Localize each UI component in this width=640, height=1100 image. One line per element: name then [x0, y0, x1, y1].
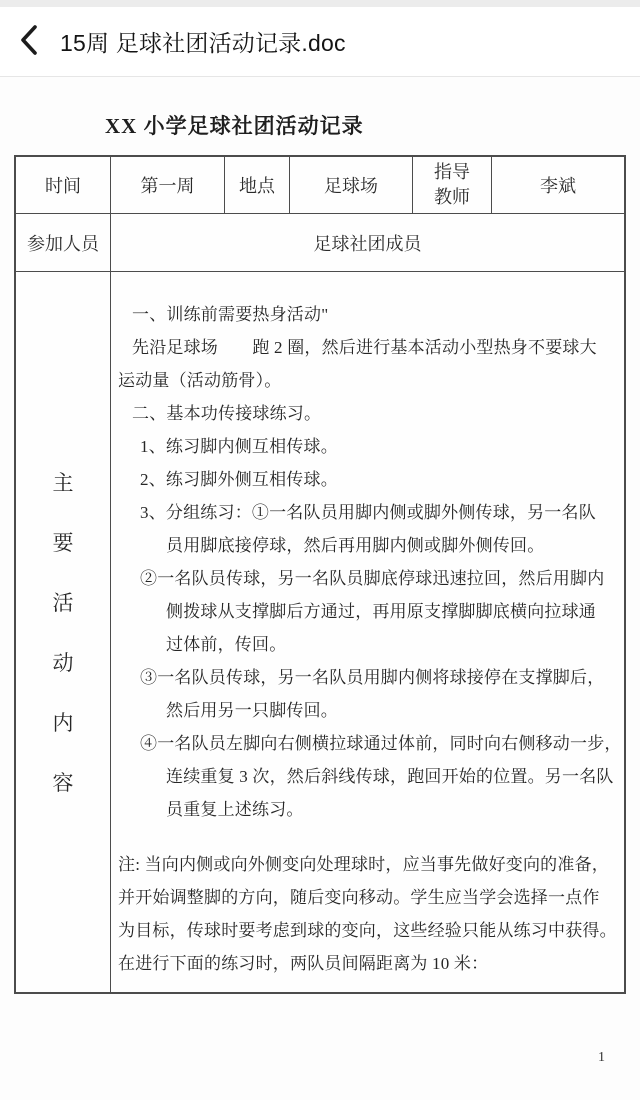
- label-char: 要: [53, 527, 74, 557]
- content-line: 2、练习脚外侧互相传球。: [111, 463, 624, 496]
- content-line: 过体前，传回。: [111, 628, 624, 661]
- participants-label-cell: 参加人员: [16, 214, 111, 271]
- content-line: 运动量（活动筋骨）。: [111, 364, 624, 397]
- place-label-cell: 地点: [225, 157, 290, 213]
- document-viewer-screen: 15周 足球社团活动记录.doc XX 小学足球社团活动记录 时间 第一周 地点…: [0, 0, 640, 1100]
- table-row-participants: 参加人员 足球社团成员: [16, 214, 624, 272]
- label-char: 活: [53, 587, 74, 617]
- participants-value-cell: 足球社团成员: [111, 214, 624, 271]
- content-line: 3、分组练习：①一名队员用脚内侧或脚外侧传球，另一名队: [111, 496, 624, 529]
- main-content-cell: 一、训练前需要热身活动" 先沿足球场 跑 2 圈，然后进行基本活动小型热身不要球…: [111, 272, 624, 992]
- content-line: ④一名队员左脚向右侧横拉球通过体前，同时向右侧移动一步，: [111, 727, 624, 760]
- content-line: ③一名队员传球，另一名队员用脚内侧将球接停在支撑脚后，: [111, 661, 624, 694]
- place-value-cell: 足球场: [290, 157, 413, 213]
- table-row-main-content: 主 要 活 动 内 容 一、训练前需要热身活动" 先沿足球场 跑 2 圈，然后进…: [16, 272, 624, 992]
- document-page: XX 小学足球社团活动记录 时间 第一周 地点 足球场 指导教师 李斌 参加人员…: [0, 78, 640, 1100]
- back-button[interactable]: [0, 7, 58, 77]
- content-line: 员用脚底接停球，然后再用脚内侧或脚外侧传回。: [111, 529, 624, 562]
- label-char: 动: [53, 647, 74, 677]
- activity-record-table: 时间 第一周 地点 足球场 指导教师 李斌 参加人员 足球社团成员 主 要 活 …: [14, 155, 626, 994]
- content-note-line: 在进行下面的练习时，两队员间隔距离为 10 米：: [111, 947, 624, 980]
- content-line: 然后用另一只脚传回。: [111, 694, 624, 727]
- document-filename: 15周 足球社团活动记录.doc: [60, 25, 346, 58]
- content-note-line: 并开始调整脚的方向，随后变向移动。学生应当学会选择一点作: [111, 881, 624, 914]
- instructor-value-cell: 李斌: [492, 157, 624, 213]
- label-char: 容: [53, 767, 74, 797]
- content-line: 连续重复 3 次，然后斜线传球，跑回开始的位置。另一名队: [111, 760, 624, 793]
- table-row-header: 时间 第一周 地点 足球场 指导教师 李斌: [16, 157, 624, 214]
- instructor-label: 指导教师: [432, 160, 472, 210]
- page-number: 1: [598, 1050, 605, 1066]
- main-content-label-cell: 主 要 活 动 内 容: [16, 272, 111, 992]
- app-bar: 15周 足球社团活动记录.doc: [0, 7, 640, 77]
- document-title: XX 小学足球社团活动记录: [105, 110, 364, 140]
- status-strip: [0, 0, 640, 7]
- content-line: 1、练习脚内侧互相传球。: [111, 430, 624, 463]
- chevron-left-icon: [19, 24, 39, 59]
- label-char: 主: [53, 467, 74, 497]
- content-line: 员重复上述练习。: [111, 793, 624, 826]
- content-line: 侧拨球从支撑脚后方通过，再用原支撑脚脚底横向拉球通: [111, 595, 624, 628]
- content-note-line: 注: 当向内侧或向外侧变向处理球时，应当事先做好变向的准备，: [111, 848, 624, 881]
- content-line: ②一名队员传球，另一名队员脚底停球迅速拉回，然后用脚内: [111, 562, 624, 595]
- time-label-cell: 时间: [16, 157, 111, 213]
- time-value-cell: 第一周: [111, 157, 225, 213]
- instructor-label-cell: 指导教师: [413, 157, 492, 213]
- content-line: 先沿足球场 跑 2 圈，然后进行基本活动小型热身不要球大: [111, 331, 624, 364]
- label-char: 内: [53, 707, 74, 737]
- content-line: 二、基本功传接球练习。: [111, 397, 624, 430]
- content-line: 一、训练前需要热身活动": [111, 298, 624, 331]
- content-note-line: 为目标，传球时要考虑到球的变向，这些经验只能从练习中获得。: [111, 914, 624, 947]
